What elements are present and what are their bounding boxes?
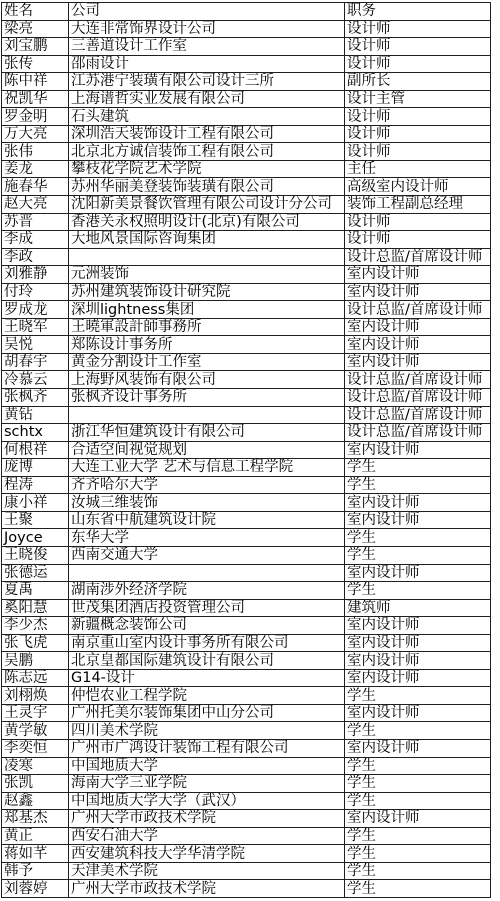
table-row: 黄钻设计总监/首席设计师 (2, 406, 491, 424)
table-row: 何根祥合适空间视觉规划室内设计师 (2, 441, 491, 459)
company-cell: 南京重山室内设计事务所有限公司 (69, 634, 345, 652)
title-cell: 设计总监/首席设计师 (345, 424, 491, 442)
company-cell: 汝城三维装饰 (69, 494, 345, 512)
name-cell: 庞博 (2, 459, 69, 477)
name-cell: 张传 (2, 55, 69, 73)
company-cell: 王曉軍設計師事務所 (69, 318, 345, 336)
table-row: 施春华苏州华丽美登装饰装璜有限公司高级室内设计师 (2, 178, 491, 196)
table-row: 罗金明石头建筑设计师 (2, 108, 491, 126)
title-cell: 设计师 (345, 55, 491, 73)
name-cell: 吴悦 (2, 336, 69, 354)
table-row: 黄正西安石油大学学生 (2, 827, 491, 845)
table-row: 李成大地风景国际咨询集团设计师 (2, 231, 491, 249)
company-cell: 仲恺农业工程学院 (69, 687, 345, 705)
company-cell: 广州大学市政技术学院 (69, 880, 345, 898)
title-cell: 室内设计师 (345, 353, 491, 371)
title-cell: 建筑师 (345, 599, 491, 617)
title-cell: 设计师 (345, 143, 491, 161)
company-cell: 世茂集团酒店投资管理公司 (69, 599, 345, 617)
company-cell: 石头建筑 (69, 108, 345, 126)
company-cell: 广州托美尔装饰集团中山分公司 (69, 704, 345, 722)
name-cell: 王聚 (2, 511, 69, 529)
name-cell: 奚阳慧 (2, 599, 69, 617)
title-cell: 室内设计师 (345, 652, 491, 670)
column-header-name: 姓名 (2, 3, 69, 21)
name-cell: 王晓俊 (2, 546, 69, 564)
company-cell: 邵雨设计 (69, 55, 345, 73)
title-cell: 室内设计师 (345, 617, 491, 635)
table-row: 张伟北京北方诚信装饰工程有限公司设计师 (2, 143, 491, 161)
table-row: 郑基杰广州大学市政技术学院室内设计师 (2, 810, 491, 828)
name-cell: 胡春宇 (2, 353, 69, 371)
table-row: 冷慕云上海野风装饰有限公司设计总监/首席设计师 (2, 371, 491, 389)
roster-page: 姓名公司职务 梁亮大连非常饰界设计公司设计师刘宝鹏三善道设计工作室设计师张传邵雨… (0, 0, 500, 901)
table-row: 张凯海南大学三亚学院学生 (2, 775, 491, 793)
company-cell (69, 248, 345, 266)
table-row: 李政设计总监/首席设计师 (2, 248, 491, 266)
title-cell: 室内设计师 (345, 634, 491, 652)
name-cell: 祝凯华 (2, 90, 69, 108)
title-cell: 室内设计师 (345, 441, 491, 459)
column-header-company: 公司 (69, 3, 345, 21)
title-cell: 室内设计师 (345, 318, 491, 336)
title-cell: 装饰工程副总经理 (345, 196, 491, 214)
name-cell: 蒋如芊 (2, 845, 69, 863)
table-row: 康小祥汝城三维装饰室内设计师 (2, 494, 491, 512)
name-cell: 李少杰 (2, 617, 69, 635)
title-cell: 室内设计师 (345, 266, 491, 284)
company-cell: 香港关永权照明设计(北京)有限公司 (69, 213, 345, 231)
title-cell: 室内设计师 (345, 704, 491, 722)
company-cell: 山东省中航建筑设计院 (69, 511, 345, 529)
company-cell: 天津美术学院 (69, 862, 345, 880)
title-cell: 室内设计师 (345, 511, 491, 529)
table-row: 姜龙攀枝花学院艺术学院主任 (2, 160, 491, 178)
table-row: 奚阳慧世茂集团酒店投资管理公司建筑师 (2, 599, 491, 617)
name-cell: Joyce (2, 529, 69, 547)
table-row: 陈中祥江苏港宁装璜有限公司设计三所副所长 (2, 73, 491, 91)
table-row: 程涛齐齐哈尔大学学生 (2, 476, 491, 494)
name-cell: 刘栩焕 (2, 687, 69, 705)
title-cell: 室内设计师 (345, 810, 491, 828)
table-row: 李奕恒广州市广鸿设计装饰工程有限公司室内设计师 (2, 739, 491, 757)
name-cell: 康小祥 (2, 494, 69, 512)
name-cell: 黄正 (2, 827, 69, 845)
company-cell: 深圳浩天装饰设计工程有限公司 (69, 125, 345, 143)
table-row: 吴悦郑陈设计事务所室内设计师 (2, 336, 491, 354)
title-cell: 设计师 (345, 108, 491, 126)
name-cell: 陈志远 (2, 669, 69, 687)
table-row: 付玲苏州建筑装饰设计研究院室内设计师 (2, 283, 491, 301)
title-cell: 学生 (345, 546, 491, 564)
title-cell: 设计师 (345, 125, 491, 143)
name-cell: 夏禹 (2, 582, 69, 600)
company-cell: 大连工业大学 艺术与信息工程学院 (69, 459, 345, 477)
company-cell: 北京北方诚信装饰工程有限公司 (69, 143, 345, 161)
name-cell: 刘雅静 (2, 266, 69, 284)
column-header-title: 职务 (345, 3, 491, 21)
company-cell: 苏州华丽美登装饰装璜有限公司 (69, 178, 345, 196)
table-row: 赵鑫中国地质大学大学（武汉）学生 (2, 792, 491, 810)
title-cell: 室内设计师 (345, 494, 491, 512)
title-cell: 室内设计师 (345, 739, 491, 757)
title-cell: 学生 (345, 827, 491, 845)
title-cell: 设计师 (345, 38, 491, 56)
name-cell: 李成 (2, 231, 69, 249)
company-cell: 张枫齐设计事务所 (69, 389, 345, 407)
company-cell: 西南交通大学 (69, 546, 345, 564)
table-row: 刘宝鹏三善道设计工作室设计师 (2, 38, 491, 56)
company-cell: 苏州建筑装饰设计研究院 (69, 283, 345, 301)
company-cell: 北京皇都国际建筑设计有限公司 (69, 652, 345, 670)
title-cell: 主任 (345, 160, 491, 178)
title-cell: 设计总监/首席设计师 (345, 389, 491, 407)
attendee-roster-table: 姓名公司职务 梁亮大连非常饰界设计公司设计师刘宝鹏三善道设计工作室设计师张传邵雨… (1, 2, 491, 898)
name-cell: 郑基杰 (2, 810, 69, 828)
table-row: 刘栩焕仲恺农业工程学院学生 (2, 687, 491, 705)
name-cell: 凌寒 (2, 757, 69, 775)
title-cell: 设计总监/首席设计师 (345, 248, 491, 266)
title-cell: 学生 (345, 880, 491, 898)
name-cell: 陈中祥 (2, 73, 69, 91)
table-row: 罗成龙深圳lightness集团设计总监/首席设计师 (2, 301, 491, 319)
table-row: 刘蓉婷广州大学市政技术学院学生 (2, 880, 491, 898)
title-cell: 副所长 (345, 73, 491, 91)
title-cell: 设计总监/首席设计师 (345, 301, 491, 319)
company-cell: 三善道设计工作室 (69, 38, 345, 56)
name-cell: 韩予 (2, 862, 69, 880)
title-cell: 学生 (345, 687, 491, 705)
title-cell: 设计总监/首席设计师 (345, 406, 491, 424)
title-cell: 学生 (345, 757, 491, 775)
table-row: 苏晋香港关永权照明设计(北京)有限公司设计师 (2, 213, 491, 231)
title-cell: 学生 (345, 476, 491, 494)
name-cell: 施春华 (2, 178, 69, 196)
company-cell: 合适空间视觉规划 (69, 441, 345, 459)
table-row: 王晓军王曉軍設計師事務所室内设计师 (2, 318, 491, 336)
title-cell: 学生 (345, 792, 491, 810)
company-cell: 攀枝花学院艺术学院 (69, 160, 345, 178)
title-cell: 学生 (345, 459, 491, 477)
table-row: 梁亮大连非常饰界设计公司设计师 (2, 20, 491, 38)
name-cell: 冷慕云 (2, 371, 69, 389)
company-cell: 中国地质大学 (69, 757, 345, 775)
title-cell: 学生 (345, 775, 491, 793)
table-row: Joyce东华大学学生 (2, 529, 491, 547)
table-row: 刘雅静元洲装饰室内设计师 (2, 266, 491, 284)
table-row: 黄学敏四川美术学院学生 (2, 722, 491, 740)
name-cell: 黄学敏 (2, 722, 69, 740)
title-cell: 室内设计师 (345, 564, 491, 582)
name-cell: 王灵宇 (2, 704, 69, 722)
title-cell: 室内设计师 (345, 336, 491, 354)
name-cell: 吴鹏 (2, 652, 69, 670)
table-row: 韩予天津美术学院学生 (2, 862, 491, 880)
table-row: 吴鹏北京皇都国际建筑设计有限公司室内设计师 (2, 652, 491, 670)
title-cell: 设计师 (345, 231, 491, 249)
name-cell: 赵鑫 (2, 792, 69, 810)
company-cell: 江苏港宁装璜有限公司设计三所 (69, 73, 345, 91)
table-row: 胡春宇黄金分割设计工作室室内设计师 (2, 353, 491, 371)
name-cell: 张凯 (2, 775, 69, 793)
company-cell: 湖南涉外经济学院 (69, 582, 345, 600)
title-cell: 室内设计师 (345, 669, 491, 687)
table-row: 王聚山东省中航建筑设计院室内设计师 (2, 511, 491, 529)
company-cell: 浙江华恒建筑设计有限公司 (69, 424, 345, 442)
name-cell: 李奕恒 (2, 739, 69, 757)
table-row: 王晓俊西南交通大学学生 (2, 546, 491, 564)
name-cell: 张德运 (2, 564, 69, 582)
company-cell: 广州市广鸿设计装饰工程有限公司 (69, 739, 345, 757)
table-row: 夏禹湖南涉外经济学院学生 (2, 582, 491, 600)
company-cell: 西安建筑科技大学华清学院 (69, 845, 345, 863)
company-cell: 上海谱哲实业发展有限公司 (69, 90, 345, 108)
name-cell: schtx (2, 424, 69, 442)
name-cell: 罗金明 (2, 108, 69, 126)
table-row: 李少杰新疆概念装饰公司室内设计师 (2, 617, 491, 635)
company-cell: 齐齐哈尔大学 (69, 476, 345, 494)
title-cell: 高级室内设计师 (345, 178, 491, 196)
name-cell: 付玲 (2, 283, 69, 301)
title-cell: 设计师 (345, 213, 491, 231)
company-cell: 海南大学三亚学院 (69, 775, 345, 793)
company-cell: 中国地质大学大学（武汉） (69, 792, 345, 810)
company-cell: 沈阳新美景餐饮管理有限公司设计分公司 (69, 196, 345, 214)
table-row: 张德运室内设计师 (2, 564, 491, 582)
name-cell: 王晓军 (2, 318, 69, 336)
company-cell: 黄金分割设计工作室 (69, 353, 345, 371)
title-cell: 设计总监/首席设计师 (345, 371, 491, 389)
title-cell: 学生 (345, 529, 491, 547)
name-cell: 刘蓉婷 (2, 880, 69, 898)
name-cell: 苏晋 (2, 213, 69, 231)
company-cell: 上海野风装饰有限公司 (69, 371, 345, 389)
table-row: 庞博大连工业大学 艺术与信息工程学院学生 (2, 459, 491, 477)
name-cell: 刘宝鹏 (2, 38, 69, 56)
name-cell: 梁亮 (2, 20, 69, 38)
company-cell: 大地风景国际咨询集团 (69, 231, 345, 249)
company-cell: G14-设计 (69, 669, 345, 687)
company-cell: 大连非常饰界设计公司 (69, 20, 345, 38)
company-cell (69, 564, 345, 582)
title-cell: 学生 (345, 862, 491, 880)
name-cell: 何根祥 (2, 441, 69, 459)
title-cell: 学生 (345, 722, 491, 740)
name-cell: 黄钻 (2, 406, 69, 424)
company-cell: 新疆概念装饰公司 (69, 617, 345, 635)
table-row: 祝凯华上海谱哲实业发展有限公司设计主管 (2, 90, 491, 108)
title-cell: 学生 (345, 582, 491, 600)
name-cell: 程涛 (2, 476, 69, 494)
title-cell: 室内设计师 (345, 283, 491, 301)
table-row: 张传邵雨设计设计师 (2, 55, 491, 73)
name-cell: 万大亮 (2, 125, 69, 143)
name-cell: 张飞虎 (2, 634, 69, 652)
table-row: schtx浙江华恒建筑设计有限公司设计总监/首席设计师 (2, 424, 491, 442)
name-cell: 张伟 (2, 143, 69, 161)
table-row: 王灵宇广州托美尔装饰集团中山分公司室内设计师 (2, 704, 491, 722)
table-row: 万大亮深圳浩天装饰设计工程有限公司设计师 (2, 125, 491, 143)
table-row: 张飞虎南京重山室内设计事务所有限公司室内设计师 (2, 634, 491, 652)
company-cell: 西安石油大学 (69, 827, 345, 845)
company-cell: 东华大学 (69, 529, 345, 547)
table-row: 陈志远G14-设计室内设计师 (2, 669, 491, 687)
name-cell: 张枫齐 (2, 389, 69, 407)
name-cell: 罗成龙 (2, 301, 69, 319)
title-cell: 设计主管 (345, 90, 491, 108)
company-cell: 深圳lightness集团 (69, 301, 345, 319)
name-cell: 赵大亮 (2, 196, 69, 214)
name-cell: 李政 (2, 248, 69, 266)
table-row: 张枫齐张枫齐设计事务所设计总监/首席设计师 (2, 389, 491, 407)
company-cell (69, 406, 345, 424)
company-cell: 四川美术学院 (69, 722, 345, 740)
name-cell: 姜龙 (2, 160, 69, 178)
company-cell: 广州大学市政技术学院 (69, 810, 345, 828)
title-cell: 设计师 (345, 20, 491, 38)
table-row: 赵大亮沈阳新美景餐饮管理有限公司设计分公司装饰工程副总经理 (2, 196, 491, 214)
table-header-row: 姓名公司职务 (2, 3, 491, 21)
table-row: 凌寒中国地质大学学生 (2, 757, 491, 775)
title-cell: 学生 (345, 845, 491, 863)
company-cell: 元洲装饰 (69, 266, 345, 284)
company-cell: 郑陈设计事务所 (69, 336, 345, 354)
table-row: 蒋如芊西安建筑科技大学华清学院学生 (2, 845, 491, 863)
